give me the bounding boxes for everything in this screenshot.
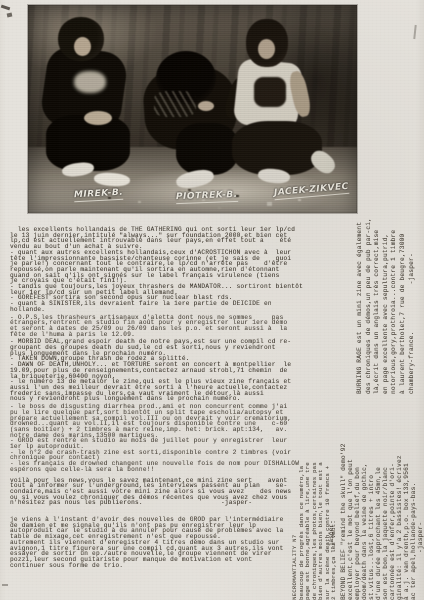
news-paragraph-outro: voilà pour les news,vous le savez mainte… bbox=[10, 478, 302, 507]
news-paragraph-holland: les excellents hollandais de THE GATHERI… bbox=[10, 227, 302, 313]
news-paragraph-compil: - MORBID DEAL,grand espoir death de notr… bbox=[10, 339, 302, 402]
margin-review-demo: BEYOND BELIEF "remind the skull" demo'92… bbox=[340, 404, 424, 600]
photo-caption-piotrek: PIOTREK-B. bbox=[176, 190, 238, 204]
scan-scratch-right bbox=[413, 25, 416, 39]
news-paragraph-update: je viens à l'instant d'avoir des nouvell… bbox=[10, 517, 302, 568]
zine-page: { "colors": { "paper": "#e5e2dc", "ink":… bbox=[0, 0, 424, 600]
scan-mark-bottom-left bbox=[2, 584, 8, 586]
news-paragraph-studio: - O.P.S,les thrasheurs artisanaux d'alet… bbox=[10, 315, 302, 338]
figure-center-hand bbox=[198, 101, 214, 111]
figure-left-hands bbox=[84, 111, 112, 125]
photo-caption-mirek: MIREK-B. bbox=[74, 188, 124, 203]
figure-right-shirt-print bbox=[254, 77, 286, 107]
figure-right-legs bbox=[232, 121, 322, 175]
figure-left-shirt-print bbox=[74, 71, 106, 93]
figure-left-face bbox=[74, 37, 91, 56]
margin-review-zine: BURNING RAGE est un mini zine avec égale… bbox=[356, 188, 424, 394]
scan-mark-top-left bbox=[1, 5, 10, 11]
figure-center-legs bbox=[176, 123, 238, 175]
band-photo: MIREK-B. PIOTREK-B. JACEK-ZIKVEC bbox=[28, 5, 357, 213]
margin-rotated-signature: -jasper- bbox=[328, 512, 338, 550]
photo-scene bbox=[28, 5, 357, 213]
news-paragraph-prods: - le boss de disgusting diarrhea prod.,a… bbox=[10, 404, 302, 472]
figure-center-sleeve-stripes bbox=[154, 91, 196, 117]
news-column: les excellents hollandais de THE GATHERI… bbox=[10, 227, 302, 570]
scan-mark-top-left-2 bbox=[7, 13, 13, 18]
figure-right-face bbox=[258, 39, 275, 59]
